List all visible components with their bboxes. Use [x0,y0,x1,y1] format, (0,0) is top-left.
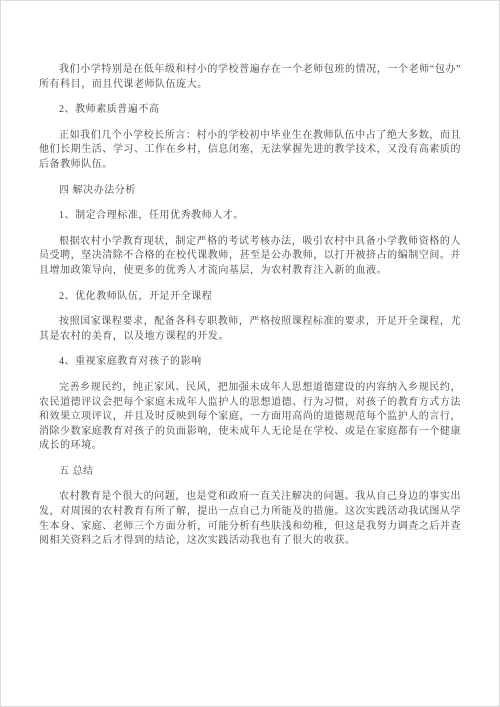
body-paragraph: 按照国家课程要求，配备各科专职教师，严格按照课程标准的要求，开足开全课程，尤其是… [39,315,461,344]
section-heading: 4、重视家庭教育对孩子的影响 [39,355,461,370]
document-body: 我们小学特别是在低年级和村小的学校普遍存在一个老师包班的情况，一个老师“包办”所… [1,1,499,706]
section-heading: 2、优化教师队伍，开足开全课程 [39,290,461,305]
body-paragraph: 农村教育是个很大的问题，也是党和政府一直关注解决的问题。我从自己身边的事实出发，… [39,490,461,548]
document-page: 我们小学特别是在低年级和村小的学校普遍存在一个老师包班的情况，一个老师“包办”所… [0,0,500,707]
body-paragraph: 我们小学特别是在低年级和村小的学校普遍存在一个老师包班的情况，一个老师“包办”所… [39,63,461,92]
body-paragraph: 正如我们几个小学校长所言：村小的学校初中毕业生在教师队伍中占了绝大多数，而且他们… [39,129,461,173]
section-heading: 1、制定合理标准，任用优秀教师人才。 [39,209,461,224]
body-paragraph: 完善乡规民约，纯正家风、民风，把加强未成年人思想道德建设的内容纳入乡规民约，农民… [39,381,461,454]
section-heading: 五 总结 [39,465,461,480]
section-heading: 四 解决办法分析 [39,184,461,199]
body-paragraph: 根据农村小学教育现状，制定严格的考试考核办法，吸引农村中具备小学教师资格的人员受… [39,235,461,279]
section-heading: 2、教师素质普遍不高 [39,103,461,118]
